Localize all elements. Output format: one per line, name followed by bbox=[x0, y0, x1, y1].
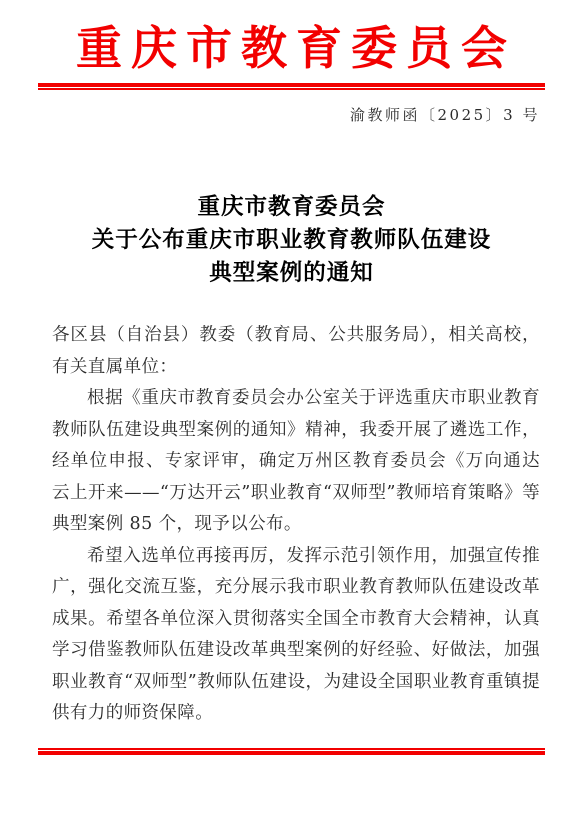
body-paragraph-expectations: 希望入选单位再接再厉，发挥示范引领作用，加强宣传推广，强化交流互鉴，充分展示我市… bbox=[52, 541, 540, 730]
masthead-divider-thin-bar bbox=[38, 88, 545, 90]
document-reference-number: 渝教师函〔2025〕3 号 bbox=[350, 104, 540, 125]
masthead-divider bbox=[38, 83, 545, 90]
notice-title: 重庆市教育委员会 关于公布重庆市职业教育教师队伍建设 典型案例的通知 bbox=[0, 191, 583, 290]
addressee-paragraph: 各区县（自治县）教委（教育局、公共服务局），相关高校，有关直属单位： bbox=[52, 320, 540, 383]
notice-title-line-1: 重庆市教育委员会 bbox=[0, 191, 583, 224]
footer-divider-thick-bar bbox=[38, 751, 545, 755]
footer-divider bbox=[38, 748, 545, 755]
notice-body: 各区县（自治县）教委（教育局、公共服务局），相关高校，有关直属单位： 根据《重庆… bbox=[52, 320, 540, 730]
official-notice-document: 重庆市教育委员会 渝教师函〔2025〕3 号 重庆市教育委员会 关于公布重庆市职… bbox=[0, 0, 583, 827]
notice-title-line-3: 典型案例的通知 bbox=[0, 257, 583, 290]
body-paragraph-announcement: 根据《重庆市教育委员会办公室关于评选重庆市职业教育教师队伍建设典型案例的通知》精… bbox=[52, 383, 540, 541]
issuing-agency-masthead: 重庆市教育委员会 bbox=[0, 12, 583, 78]
notice-title-line-2: 关于公布重庆市职业教育教师队伍建设 bbox=[0, 224, 583, 257]
